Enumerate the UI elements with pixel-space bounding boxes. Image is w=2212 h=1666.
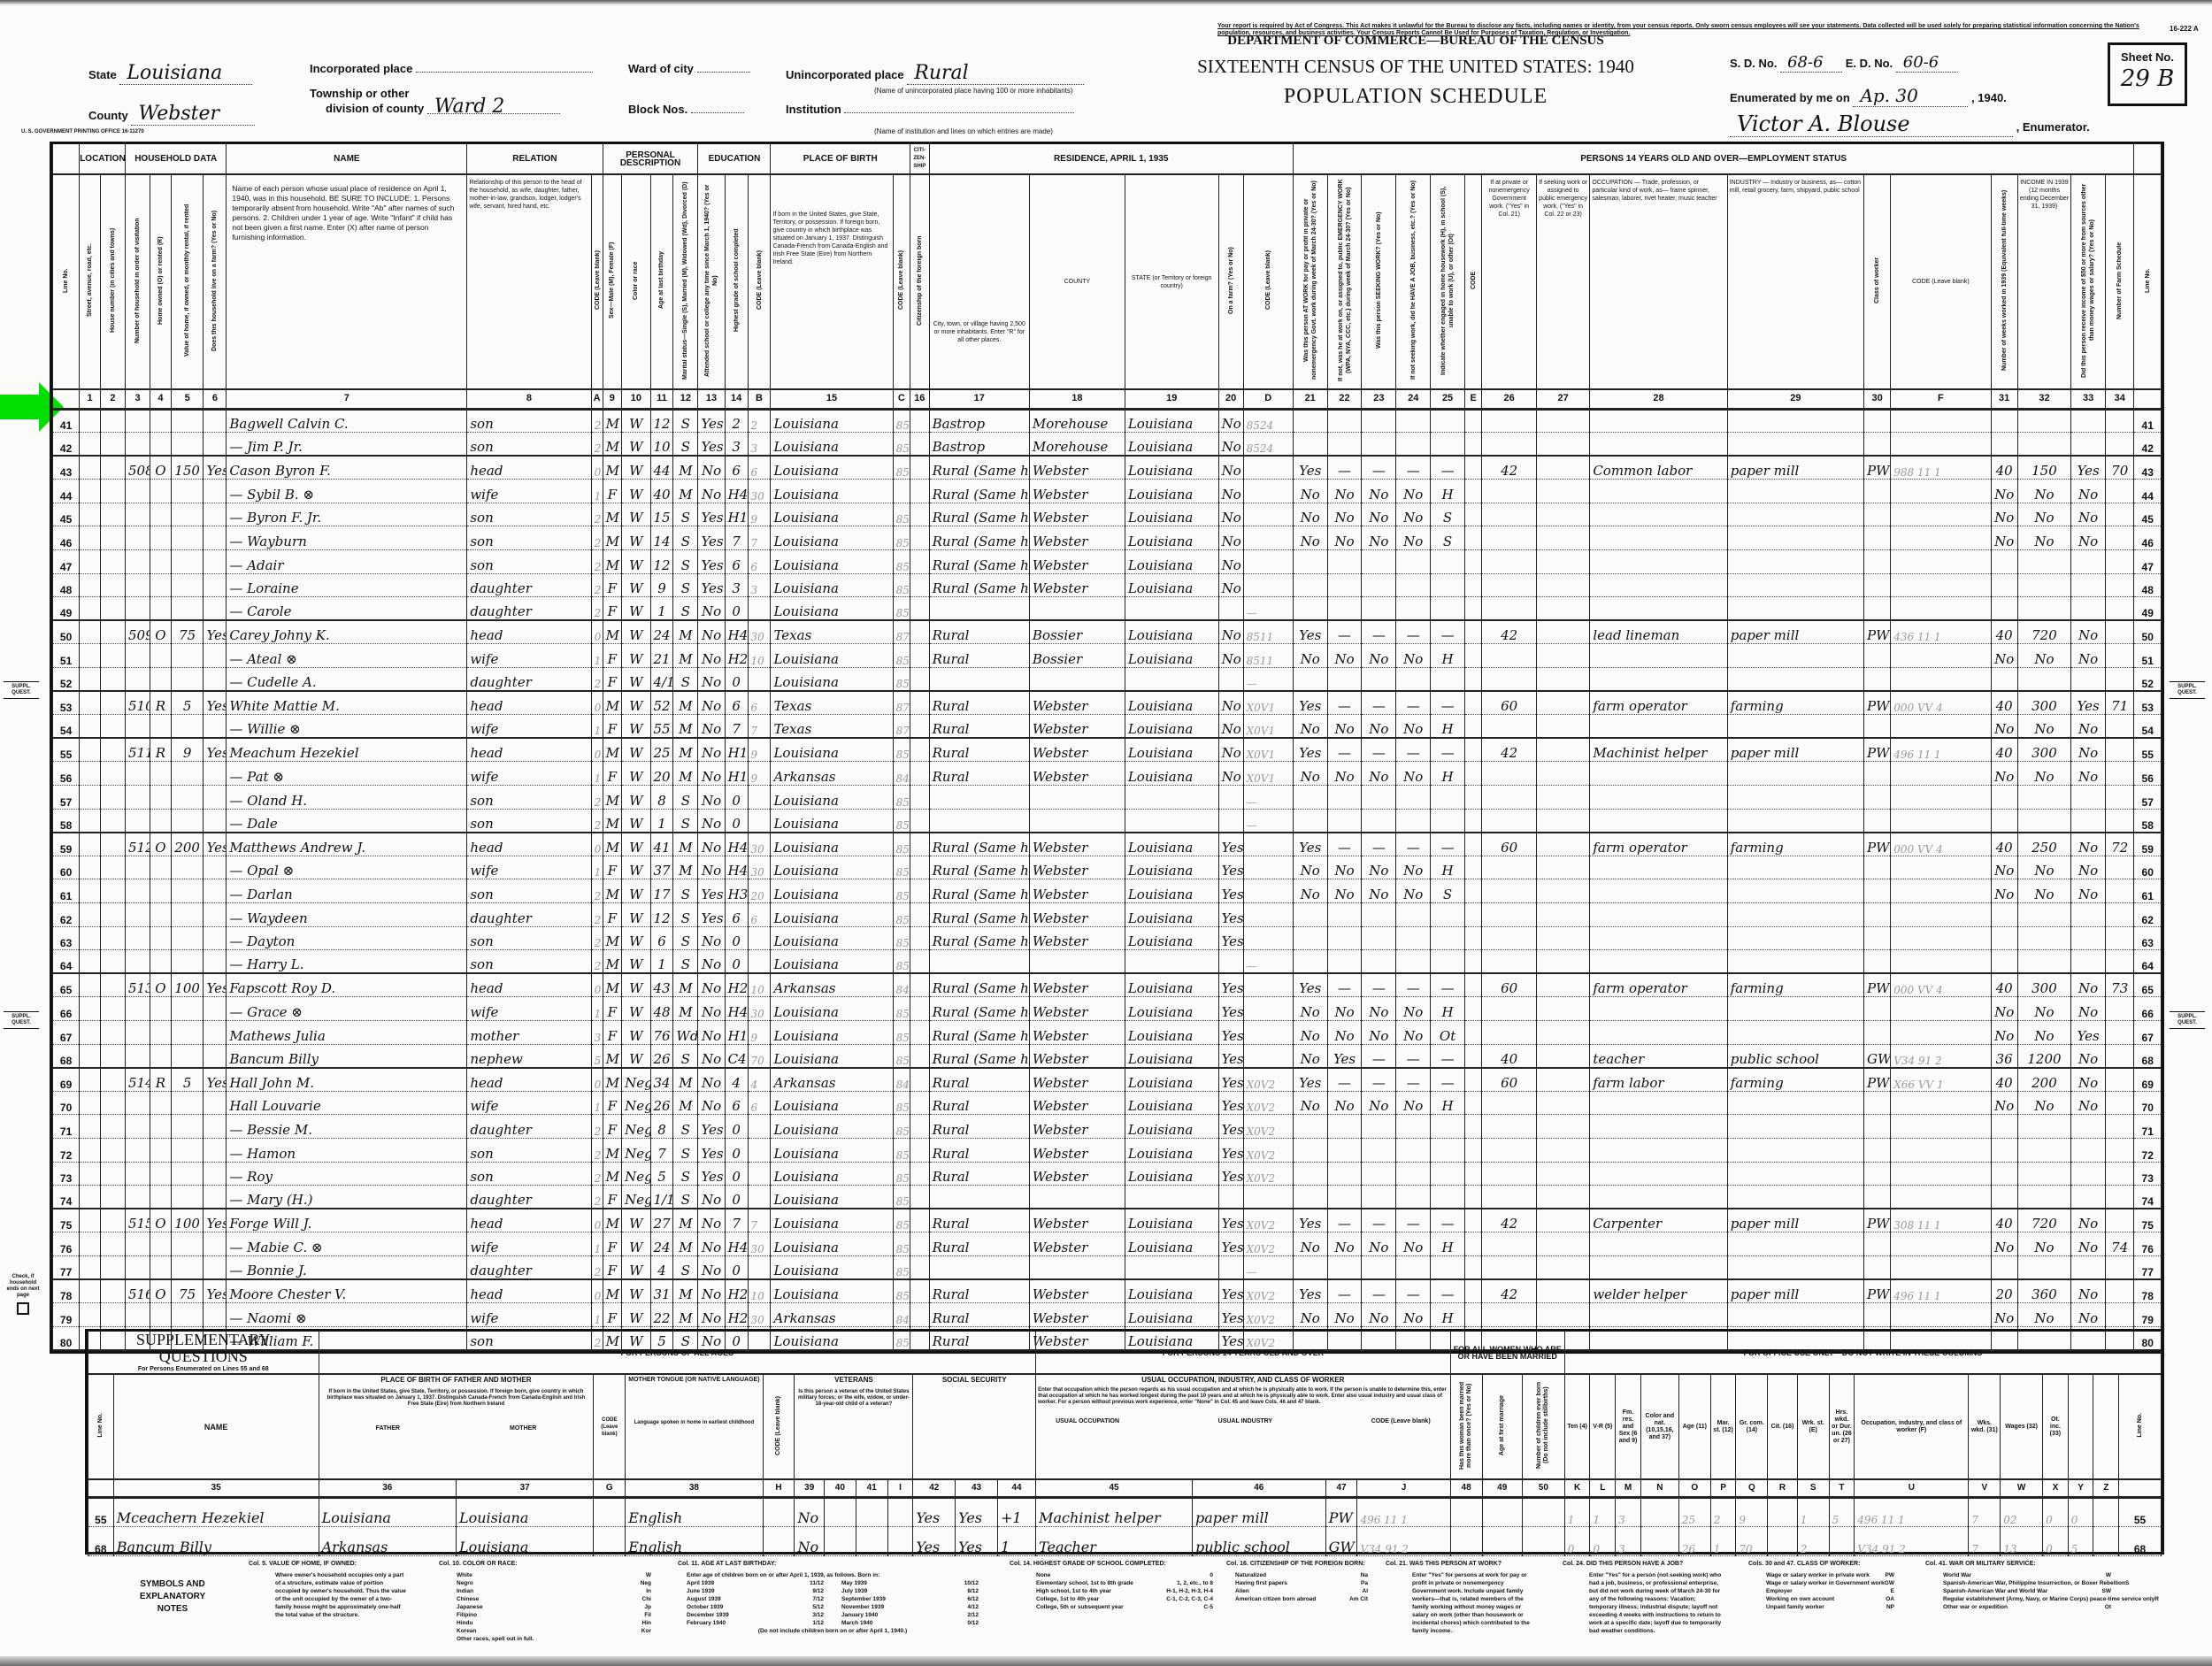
supp-cell-c49 [1482,1526,1522,1555]
cell-fs [2106,1209,2134,1232]
cell-age: 55 [650,715,673,739]
cell-fcode [1891,1255,1991,1279]
note-item-label: Filipino [457,1611,477,1619]
cell-e [1464,1020,1481,1044]
cell-sch: Yes [698,503,725,526]
table-row: 63— Daytonson2MW6SNo0Louisiana85Rural (S… [53,926,2162,950]
cell-w22 [1327,926,1362,950]
cell-1 [80,526,101,550]
cell-f20: No [1218,738,1243,762]
cell-name: Mathews Julia [227,1020,467,1044]
cell-f20: Yes [1218,1068,1243,1092]
cell-city: Rural [929,1209,1029,1232]
cell-u27 [1536,1232,1589,1256]
line-number: 71 [53,1115,80,1139]
cell-f20: Yes [1218,1303,1243,1327]
cell-occ: Carpenter [1590,1209,1727,1232]
cell-county: Webster [1029,480,1125,503]
line-number-right: 53 [2134,691,2162,715]
line-number-right: 66 [2134,997,2162,1021]
suppl-flag-line-68-right: SUPPL. QUEST. [2170,1011,2205,1029]
cell-w23 [1362,926,1396,950]
cell-county: Webster [1029,902,1125,926]
cell-gr: 6 [725,1091,748,1115]
cell-f20: No [1218,644,1243,668]
cell-occ [1590,1232,1727,1256]
supp-cell-g [594,1497,626,1526]
cell-val [171,573,204,597]
cell-w24: — [1396,973,1431,997]
cell-w23 [1362,597,1396,621]
cell-2 [100,856,125,879]
cell-gr: H1 [725,503,748,526]
column-number: 28 [1590,389,1727,409]
cell-fs [2106,550,2134,574]
cell-wks: No [1991,856,2017,879]
cell-race: W [622,833,650,856]
note-item: September 19396/12 [841,1595,979,1603]
cell-d: — [1243,668,1293,692]
line-number: 50 [53,620,80,644]
cell-hh [126,644,150,668]
line-number-right: 65 [2134,973,2162,997]
cell-wks [1991,902,2017,926]
note-item-label: Employer [1766,1587,1793,1595]
cell-w25: — [1431,833,1465,856]
cell-own [150,550,172,574]
cell-county: Morehouse [1029,409,1125,433]
household-continues-checkbox[interactable] [17,1302,29,1315]
line-no-header-right [2134,144,2162,174]
cell-occ [1590,856,1727,879]
cell-city: Rural (Same house) [929,997,1029,1021]
cell-cit [910,503,930,526]
column-number: E [1464,389,1481,409]
desc-c20: On a farm? (Yes or No) [1218,174,1243,389]
cell-race: W [622,738,650,762]
cell-mar: S [673,526,698,550]
supp-column-number: X [2043,1479,2069,1497]
cell-c: 85 [893,1279,910,1303]
cell-mar: S [673,433,698,457]
cell-sex: M [603,879,622,903]
cell-d [1243,1044,1293,1068]
cell-city: Rural [929,1162,1029,1186]
line-number-right: 49 [2134,597,2162,621]
cell-w23: No [1362,480,1396,503]
cell-st [1125,1255,1218,1279]
cell-val [171,1044,204,1068]
cell-w24: No [1396,526,1431,550]
table-row: 71— Bessie M.daughter2FNeg8SYes0Louisian… [53,1115,2162,1139]
desc-c17: City, town, or village having 2,500 or m… [929,174,1029,389]
cell-1 [80,480,101,503]
cell-sex: M [603,620,622,644]
supp-column-number: 46 [1192,1479,1325,1497]
desc-c12: Marital status—Single (S), Married (M), … [673,174,698,389]
cell-occ [1590,668,1727,692]
cell-w25: H [1431,644,1465,668]
cell-a: 1 [591,644,603,668]
line-number-right: 51 [2134,644,2162,668]
cell-1 [80,856,101,879]
desc-c19: STATE (or Territory or foreign country) [1125,174,1218,389]
cell-city: Rural (Same house) [929,526,1029,550]
cell-ind [1727,1020,1863,1044]
cell-inc: 300 [2017,691,2070,715]
cell-cls [1864,1138,1891,1162]
cell-birth: Louisiana [771,550,893,574]
cell-city: Rural [929,1091,1029,1115]
cell-u27 [1536,668,1589,692]
cell-d: X0V2 [1243,1162,1293,1186]
cell-city [929,668,1029,692]
cell-w23: — [1362,1044,1396,1068]
note-item-code: 1/12 [812,1619,824,1627]
cell-mar: M [673,997,698,1021]
line-number-right: 74 [2134,1186,2162,1209]
cell-rel: mother [467,1020,591,1044]
supp-column-number: 38 [626,1479,763,1497]
cell-rel: son [467,809,591,833]
line-number-right: 48 [2134,573,2162,597]
cell-sex: M [603,456,622,480]
cell-d [1243,879,1293,903]
cell-oth [2071,573,2106,597]
cell-val [171,550,204,574]
cell-w23: — [1362,833,1396,856]
supp-office-z [2093,1374,2119,1479]
cell-c: 85 [893,526,910,550]
cell-a: 2 [591,1138,603,1162]
unincorporated-label: Unincorporated place [786,68,904,81]
cell-st: Louisiana [1125,1138,1218,1162]
desc-c9: Sex—Male (M), Female (F) [603,174,622,389]
cell-fcode [1891,480,1991,503]
cell-own: O [150,833,172,856]
supp-cell-k: 0 [1564,1526,1590,1555]
cell-f20: Yes [1218,1044,1243,1068]
cell-f20: No [1218,715,1243,739]
line-number-right: 71 [2134,1115,2162,1139]
cell-w22: — [1327,620,1362,644]
cell-mar: S [673,1044,698,1068]
cell-w21 [1293,1162,1327,1186]
supp-usual-occ-label: USUAL OCCUPATION [1056,1418,1119,1425]
supp-cell-i [887,1497,913,1526]
cell-gr: 0 [725,1186,748,1209]
cell-city [929,1255,1029,1279]
cell-w23 [1362,902,1396,926]
table-row: 45— Byron F. Jr.son2MW15SYesH19Louisiana… [53,503,2162,526]
line-number-right: 44 [2134,480,2162,503]
supp-column-number: K [1564,1479,1590,1497]
cell-hh: 516 [126,1279,150,1303]
cell-b: 9 [748,1020,771,1044]
desc-c8: Relationship of this person to the head … [467,174,591,389]
cell-1 [80,1303,101,1327]
supp-column-number: Z [2093,1479,2119,1497]
cell-wks [1991,573,2017,597]
cell-inc: 150 [2017,456,2070,480]
cell-w24: No [1396,997,1431,1021]
cell-a: 0 [591,691,603,715]
cell-mar: M [673,691,698,715]
table-row: 43508O150YesCason Byron F.head0MW44MNo66… [53,456,2162,480]
cell-b: 3 [748,573,771,597]
line-number: 75 [53,1209,80,1232]
cell-sex: M [603,409,622,433]
cell-inc: No [2017,1020,2070,1044]
cell-gr: H4 [725,856,748,879]
cell-b: 70 [748,1044,771,1068]
cell-name: — Harry L. [227,950,467,974]
cell-county: Webster [1029,997,1125,1021]
column-number: D [1243,389,1293,409]
cell-city: Rural [929,691,1029,715]
cell-own: O [150,1209,172,1232]
cell-e [1464,409,1481,433]
cell-wks: 36 [1991,1044,2017,1068]
cell-cls [1864,902,1891,926]
note-item-label: Spanish-American War and World War [1943,1587,2047,1595]
cell-a: 1 [591,856,603,879]
cell-fs [2106,1115,2134,1139]
cell-mar: S [673,503,698,526]
desc-c13: Attended school or college any time sinc… [698,174,725,389]
cell-oth: No [2071,1209,2106,1232]
cell-val [171,997,204,1021]
column-number: 9 [603,389,622,409]
cell-d: 8524 [1243,409,1293,433]
supp-cell-l: 1 [1590,1497,1616,1526]
cell-inc: 250 [2017,833,2070,856]
table-row: 62— Waydeendaughter2FW12SYes66Louisiana8… [53,902,2162,926]
cell-gr: H4 [725,480,748,503]
cell-w25 [1431,409,1465,433]
line-number-right: 47 [2134,550,2162,574]
cell-hh [126,503,150,526]
cell-farm [204,809,227,833]
cell-w22 [1327,573,1362,597]
cell-1 [80,1068,101,1092]
cell-f20: Yes [1218,1091,1243,1115]
cell-fcode [1891,433,1991,457]
cell-w23: No [1362,644,1396,668]
note-item-label: April 1939 [687,1579,714,1587]
cell-ind: farming [1727,973,1863,997]
supp-line-number: 55 [2119,1497,2162,1526]
supp-title-1: SUPPLEMENTARY [88,1332,319,1348]
note-item-code: H-1, H-2, H-3, H-4 [1166,1587,1213,1595]
cell-county: Webster [1029,762,1125,786]
cell-w24 [1396,1162,1431,1186]
cell-county: Webster [1029,1068,1125,1092]
cell-cit [910,879,930,903]
cell-name: — Naomi ⊗ [227,1303,467,1327]
cell-age: 52 [650,691,673,715]
cell-mar: S [673,1162,698,1186]
cell-1 [80,1255,101,1279]
note-item: Working on own accountOA [1766,1595,1894,1603]
cell-oth [2071,433,2106,457]
cell-fs [2106,1020,2134,1044]
cell-ind: farming [1727,1068,1863,1092]
supp-usual-title: USUAL OCCUPATION, INDUSTRY, AND CLASS OF… [1038,1377,1448,1384]
cell-race: W [622,644,650,668]
cell-oth [2071,550,2106,574]
cell-ind [1727,1115,1863,1139]
cell-farm [204,786,227,810]
cell-st: Louisiana [1125,503,1218,526]
cell-u27 [1536,1303,1589,1327]
cell-st [1125,786,1218,810]
cell-own [150,573,172,597]
cell-inc [2017,1138,2070,1162]
cell-b: 20 [748,879,771,903]
cell-hh: 514 [126,1068,150,1092]
cell-1 [80,715,101,739]
cell-val [171,668,204,692]
cell-oth: No [2071,1091,2106,1115]
title-block: DEPARTMENT OF COMMERCE—BUREAU OF THE CEN… [1168,34,1663,109]
cell-st [1125,1186,1218,1209]
cell-fcode [1891,1186,1991,1209]
cell-own [150,1020,172,1044]
cell-birth: Louisiana [771,1209,893,1232]
cell-c: 85 [893,1209,910,1232]
cell-w22 [1327,1138,1362,1162]
cell-w24: No [1396,1303,1431,1327]
cell-rel: son [467,950,591,974]
cell-oth [2071,809,2106,833]
cell-inc: 1200 [2017,1044,2070,1068]
line-number-right: 52 [2134,668,2162,692]
cell-birth: Louisiana [771,409,893,433]
cell-f20: Yes [1218,856,1243,879]
cell-name: — Dayton [227,926,467,950]
cell-u27 [1536,809,1589,833]
column-number: 25 [1431,389,1465,409]
cell-w22: No [1327,644,1362,668]
cell-city: Rural (Same house) [929,1044,1029,1068]
cell-own: R [150,1068,172,1092]
cell-w24 [1396,433,1431,457]
cell-1 [80,1044,101,1068]
cell-city [929,1186,1029,1209]
cell-f20 [1218,786,1243,810]
cell-cit [910,809,930,833]
sheet-header: State Louisiana County Webster Incorpora… [0,0,2212,142]
cell-inc: No [2017,1091,2070,1115]
supp-title-2: QUESTIONS [88,1348,319,1365]
cell-cit [910,1068,930,1092]
cell-h26 [1482,597,1537,621]
table-row: 54— Willie ⊗wife1FW55MNo77Texas87RuralWe… [53,715,2162,739]
cell-birth: Louisiana [771,1162,893,1186]
cell-gr: H1 [725,738,748,762]
cell-sch: No [698,786,725,810]
cell-own [150,526,172,550]
desc-c29: INDUSTRY — Industry or business, as— cot… [1727,174,1863,389]
supp-desc-code-g: CODE (Leave blank) [594,1374,626,1479]
cell-own [150,433,172,457]
note-item-code: 0/12 [967,1619,979,1627]
cell-w21 [1293,433,1327,457]
note-item-label: July 1939 [841,1587,867,1595]
cell-u27 [1536,691,1589,715]
cell-e [1464,1255,1481,1279]
note-item: Unpaid family workerNP [1766,1603,1894,1611]
cell-c: 85 [893,1162,910,1186]
supp-cell-c44: +1 [997,1497,1035,1526]
cell-val [171,715,204,739]
cell-w25 [1431,433,1465,457]
cell-rel: wife [467,1232,591,1256]
cell-birth: Texas [771,691,893,715]
incorporated-field: Incorporated place [310,62,593,75]
cell-d [1243,926,1293,950]
state-label: State [88,68,117,81]
cell-w25 [1431,1115,1465,1139]
supp-cell-c50 [1522,1497,1564,1526]
cell-st: Louisiana [1125,879,1218,903]
cell-own [150,762,172,786]
cell-occ [1590,573,1727,597]
cell-cls [1864,433,1891,457]
cell-farm: Yes [204,1279,227,1303]
cell-sex: M [603,691,622,715]
supp-cell-w: 13 [2001,1526,2043,1555]
cell-name: Carey Johny K. [227,620,467,644]
cell-wks: 40 [1991,620,2017,644]
cell-2 [100,902,125,926]
cell-cls [1864,503,1891,526]
cell-f20: No [1218,526,1243,550]
cell-wks: 40 [1991,1209,2017,1232]
cell-inc [2017,1255,2070,1279]
cell-cls: PW [1864,691,1891,715]
cell-gr: 2 [725,409,748,433]
cell-ind [1727,902,1863,926]
line-number: 42 [53,433,80,457]
cell-w23 [1362,950,1396,974]
cell-u27 [1536,573,1589,597]
column-number: 13 [698,389,725,409]
column-number: 2 [100,389,125,409]
cell-c: 85 [893,786,910,810]
cell-val: 9 [171,738,204,762]
desc-c14: Highest grade of school completed [725,174,748,389]
cell-occ [1590,480,1727,503]
cell-2 [100,409,125,433]
desc-c18: COUNTY [1029,174,1125,389]
cell-own [150,1255,172,1279]
table-row: 56— Pat ⊗wife1FW20MNoH19Arkansas84RuralW… [53,762,2162,786]
line-number-right: 50 [2134,620,2162,644]
cell-wks: 40 [1991,1068,2017,1092]
cell-name: White Mattie M. [227,691,467,715]
cell-county: Webster [1029,833,1125,856]
cell-w25: — [1431,1044,1465,1068]
cell-own [150,950,172,974]
cell-rel: son [467,926,591,950]
cell-birth: Louisiana [771,902,893,926]
line-number-right: 56 [2134,762,2162,786]
enumerated-date: Ap. 30 [1853,85,1968,107]
cell-u27 [1536,879,1589,903]
cell-f20: Yes [1218,1279,1243,1303]
